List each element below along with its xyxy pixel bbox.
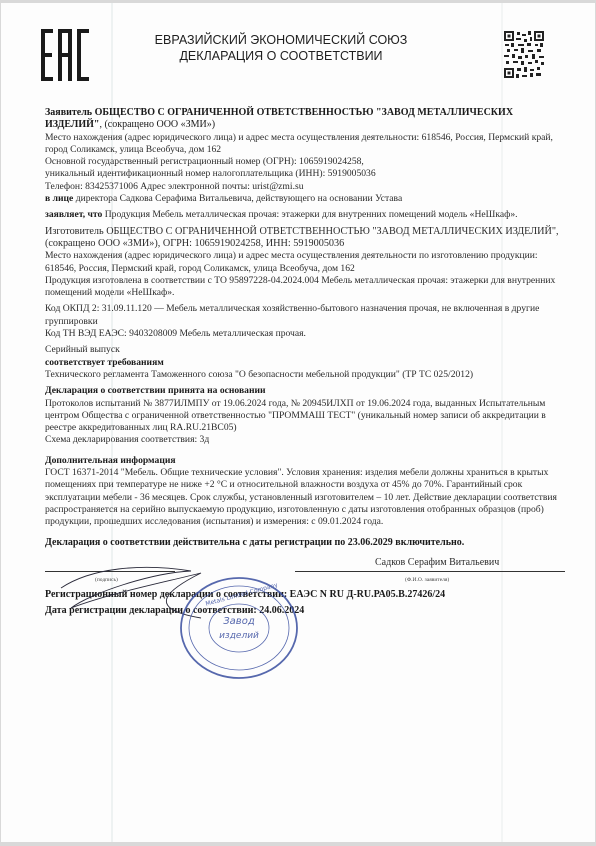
- additional-info-label: Дополнительная информация: [45, 455, 565, 467]
- applicant-short-name: , (сокращено ООО «ЗМИ»): [99, 119, 215, 130]
- validity-statement: Декларация о соответствии действительна …: [45, 537, 565, 549]
- company-seal-icon: Завод изделий Metals Limited Company: [177, 576, 301, 680]
- document-title: ДЕКЛАРАЦИЯ О СООТВЕТСТВИИ: [151, 48, 411, 64]
- applicant-label: Заявитель: [45, 107, 92, 118]
- basis-label: Декларация о соответствии принята на осн…: [45, 385, 565, 397]
- declaration-body: Заявитель ОБЩЕСТВО С ОГРАНИЧЕННОЙ ОТВЕТС…: [45, 107, 565, 617]
- additional-info-text: ГОСТ 16371-2014 "Мебель. Общие техническ…: [45, 467, 565, 528]
- name-line: [295, 571, 565, 572]
- name-caption: (Ф.И.О. заявителя): [405, 574, 449, 586]
- declaration-page: ЕВРАЗИЙСКИЙ ЭКОНОМИЧЕСКИЙ СОЮЗ ДЕКЛАРАЦИ…: [1, 3, 595, 842]
- eac-logo-icon: [41, 29, 89, 81]
- svg-text:Завод: Завод: [223, 616, 255, 627]
- applicant-inn: уникальный идентификационный номер налог…: [45, 168, 565, 180]
- applicant-address: Место нахождения (адрес юридического лиц…: [45, 132, 565, 157]
- signer-name: Садков Серафим Витальевич: [375, 557, 499, 569]
- manufacturer-info: Изготовитель ОБЩЕСТВО С ОГРАНИЧЕННОЙ ОТВ…: [45, 226, 565, 251]
- tnved-code: Код ТН ВЭД ЕАЭС: 9403208009 Мебель метал…: [45, 328, 565, 340]
- declares-statement: заявляет, что Продукция Мебель металличе…: [45, 209, 565, 221]
- declares-label: заявляет, что: [45, 209, 102, 220]
- applicant-represented: в лице директора Садкова Серафима Виталь…: [45, 193, 565, 205]
- svg-text:изделий: изделий: [219, 631, 259, 641]
- product-description: Продукция Мебель металлическая прочая: э…: [105, 209, 518, 220]
- qr-code-icon[interactable]: [504, 31, 544, 78]
- release-type: Серийный выпуск: [45, 344, 565, 356]
- document-header: ЕВРАЗИЙСКИЙ ЭКОНОМИЧЕСКИЙ СОЮЗ ДЕКЛАРАЦИ…: [151, 32, 411, 64]
- union-title: ЕВРАЗИЙСКИЙ ЭКОНОМИЧЕСКИЙ СОЮЗ: [151, 32, 411, 48]
- okpd-code: Код ОКПД 2: 31.09.11.120 — Мебель металл…: [45, 303, 565, 328]
- manufacturer-address: Место нахождения (адрес юридического лиц…: [45, 250, 565, 275]
- applicant-contacts: Телефон: 83425371006 Адрес электронной п…: [45, 181, 565, 193]
- represented-label: в лице: [45, 193, 73, 204]
- requirements-label: соответствует требованиям: [45, 357, 565, 369]
- applicant-ogrn: Основной государственный регистрационный…: [45, 156, 565, 168]
- basis-text: Протоколов испытаний № 3877ИЛМПУ от 19.0…: [45, 398, 565, 435]
- applicant-heading: Заявитель ОБЩЕСТВО С ОГРАНИЧЕННОЙ ОТВЕТС…: [45, 107, 565, 132]
- requirements-text: Технического регламента Таможенного союз…: [45, 369, 565, 381]
- declaration-scheme: Схема декларирования соответствия: 3д: [45, 434, 565, 446]
- represented-text: директора Садкова Серафима Витальевича, …: [76, 193, 403, 204]
- manufacturer-standard: Продукция изготовлена в соответствии с Т…: [45, 275, 565, 300]
